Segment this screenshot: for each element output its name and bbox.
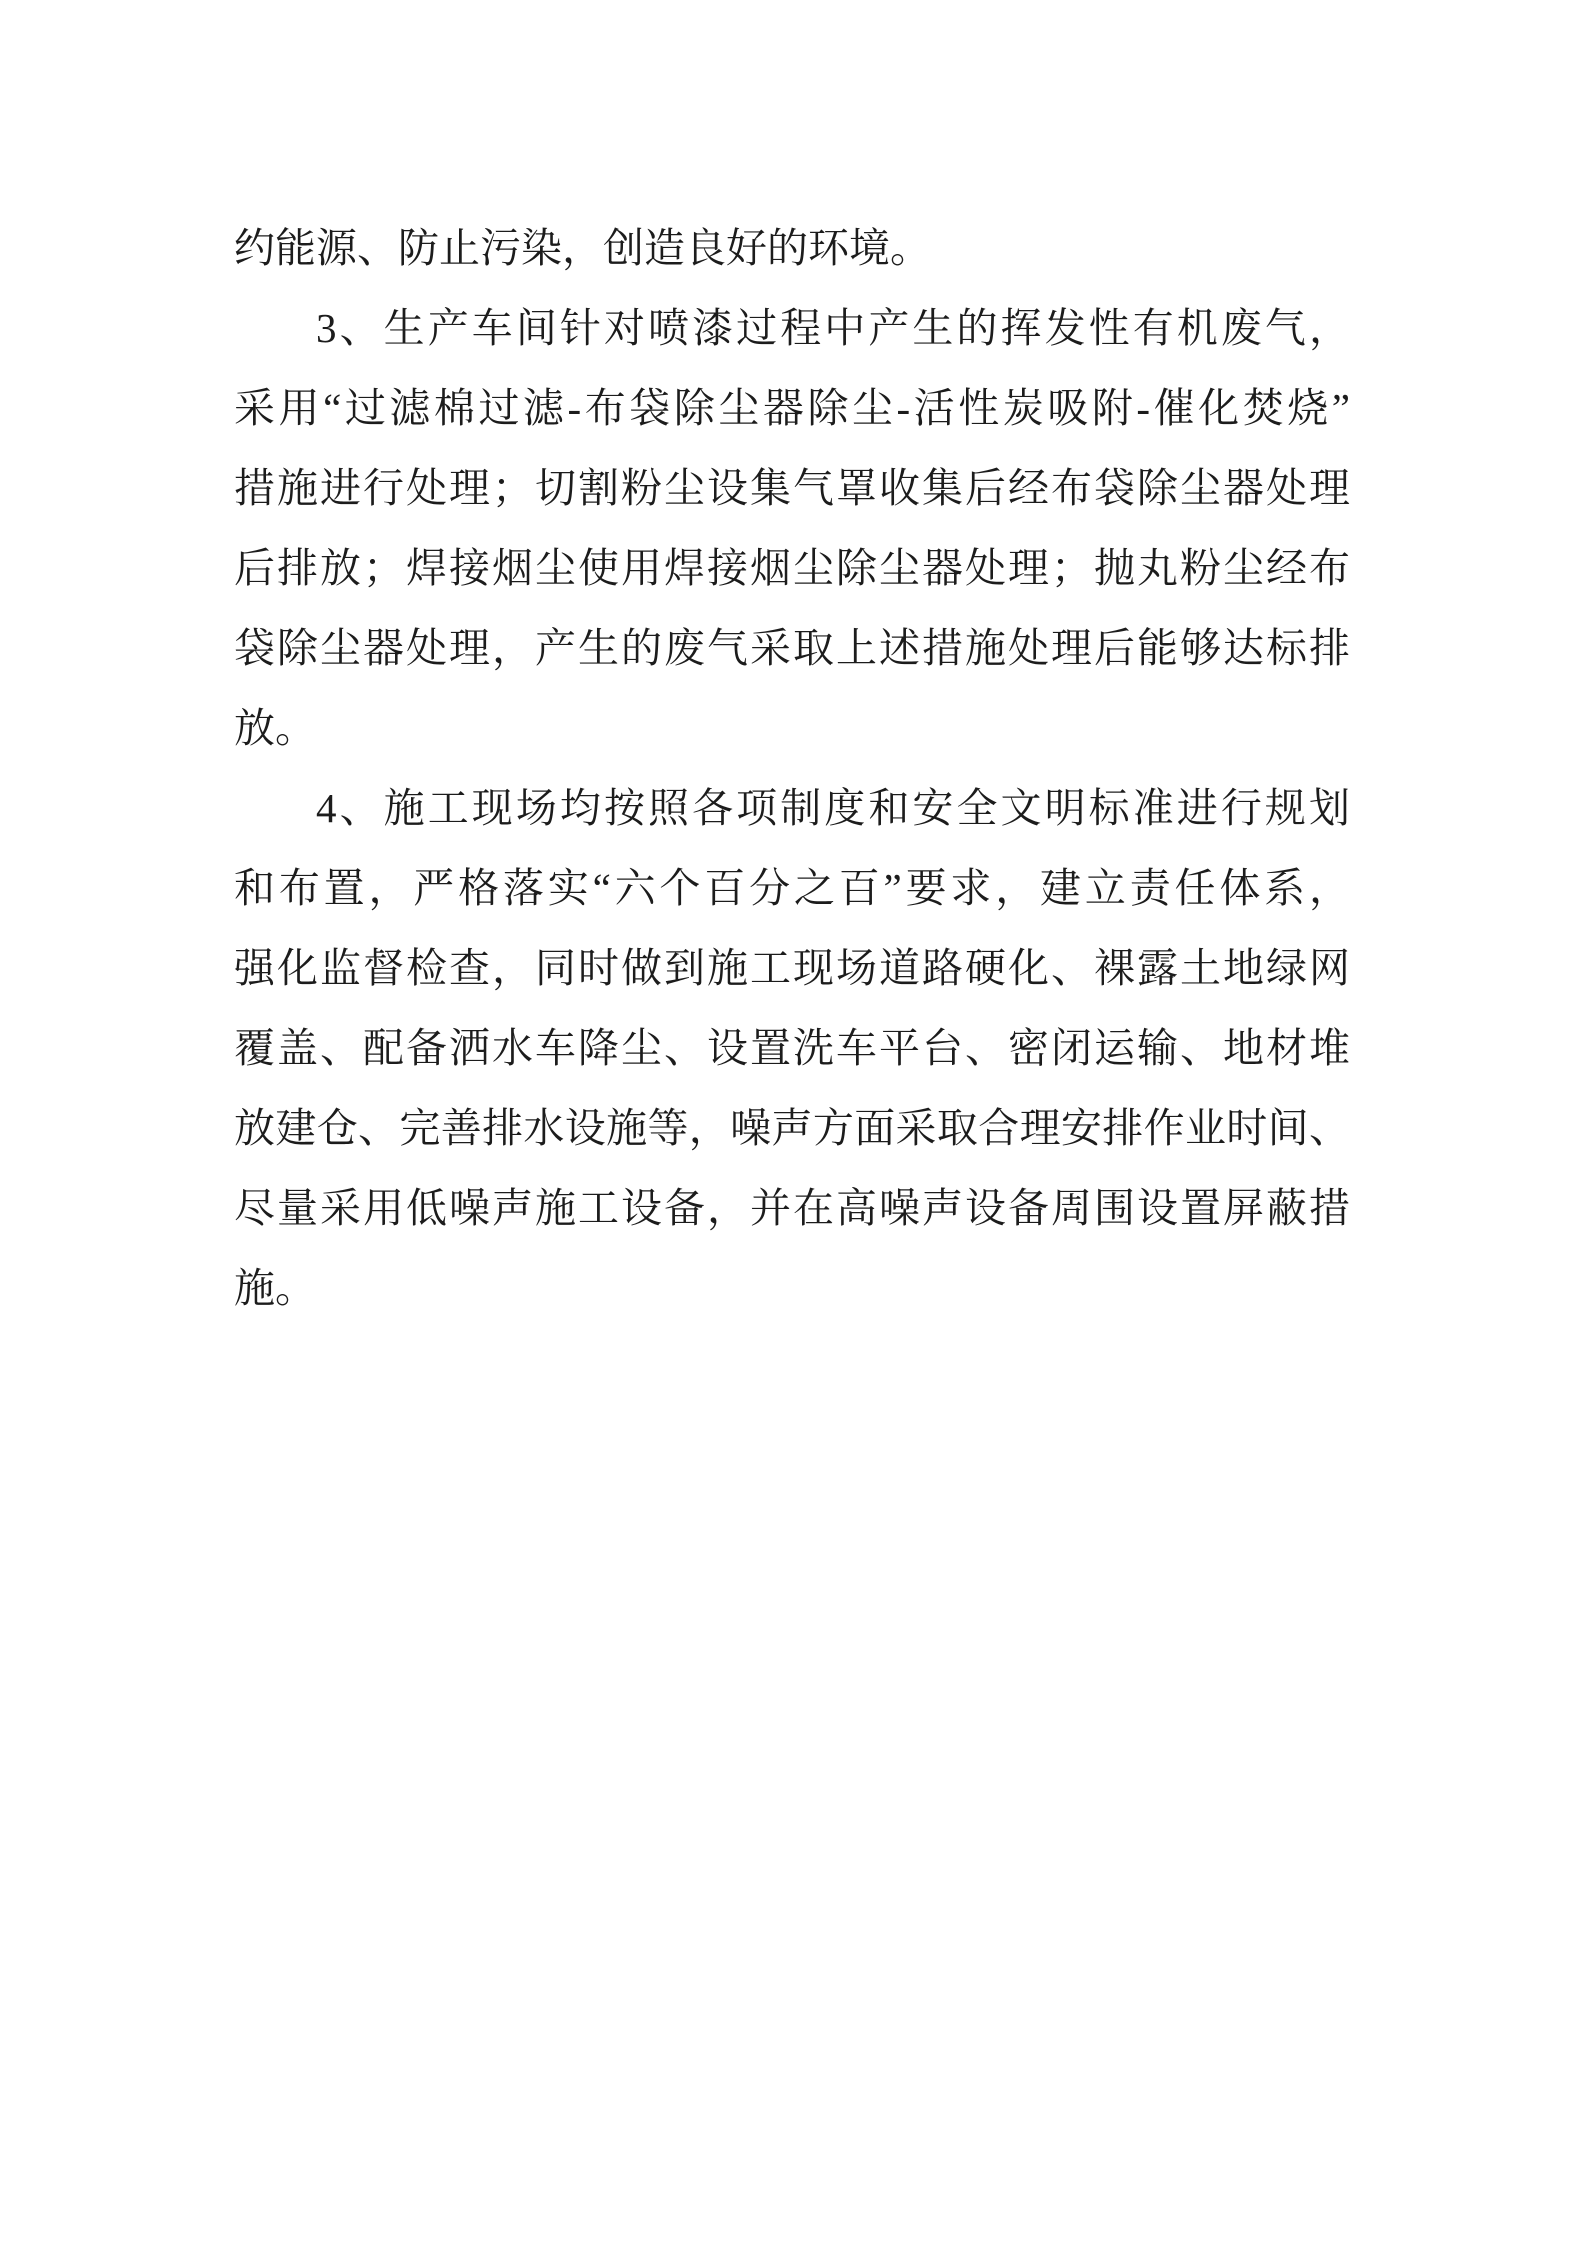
text-line: 覆盖、配备洒水车降尘、设置洗车平台、密闭运输、地材堆 <box>234 1008 1350 1088</box>
paragraph-continuation: 约能源、防止污染，创造良好的环境。 <box>234 208 1350 288</box>
text-line: 强化监督检查，同时做到施工现场道路硬化、裸露土地绿网 <box>234 928 1350 1008</box>
text-line: 放。 <box>234 688 1350 768</box>
text-line: 袋除尘器处理，产生的废气采取上述措施处理后能够达标排 <box>234 608 1350 688</box>
text-line: 尽量采用低噪声施工设备，并在高噪声设备周围设置屏蔽措 <box>234 1168 1350 1248</box>
text-line: 约能源、防止污染，创造良好的环境。 <box>234 208 1350 288</box>
document-body: 约能源、防止污染，创造良好的环境。3、生产车间针对喷漆过程中产生的挥发性有机废气… <box>234 208 1350 1328</box>
text-line: 后排放；焊接烟尘使用焊接烟尘除尘器处理；抛丸粉尘经布 <box>234 528 1350 608</box>
text-line: 4、施工现场均按照各项制度和安全文明标准进行规划 <box>234 768 1350 848</box>
paragraph-item-3: 3、生产车间针对喷漆过程中产生的挥发性有机废气，采用“过滤棉过滤-布袋除尘器除尘… <box>234 288 1350 768</box>
text-line: 和布置，严格落实“六个百分之百”要求，建立责任体系， <box>234 848 1350 928</box>
text-line: 施。 <box>234 1248 1350 1328</box>
text-line: 3、生产车间针对喷漆过程中产生的挥发性有机废气， <box>234 288 1350 368</box>
text-line: 措施进行处理；切割粉尘设集气罩收集后经布袋除尘器处理 <box>234 448 1350 528</box>
text-line: 采用“过滤棉过滤-布袋除尘器除尘-活性炭吸附-催化焚烧” <box>234 368 1350 448</box>
text-line: 放建仓、完善排水设施等，噪声方面采取合理安排作业时间、 <box>234 1088 1350 1168</box>
document-page: 约能源、防止污染，创造良好的环境。3、生产车间针对喷漆过程中产生的挥发性有机废气… <box>0 0 1587 2245</box>
paragraph-item-4: 4、施工现场均按照各项制度和安全文明标准进行规划和布置，严格落实“六个百分之百”… <box>234 768 1350 1328</box>
